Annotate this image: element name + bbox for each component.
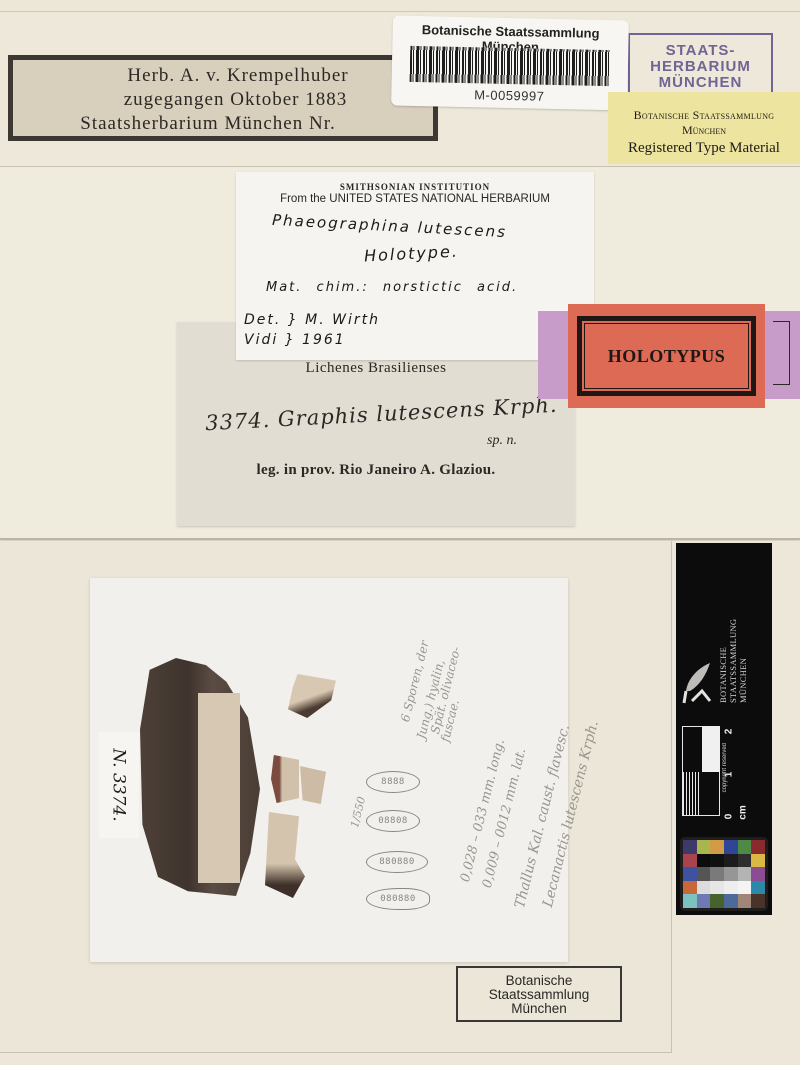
- annotation-taxon: Phaeographina lutescens: [272, 211, 508, 241]
- scale-unit: cm: [738, 805, 749, 819]
- handwritten-taxon: 3374. Graphis lutescens Krph.: [205, 393, 558, 435]
- color-patch: [710, 840, 724, 854]
- registered-type-material-label: Botanische Staatssammlung München Regist…: [608, 92, 800, 164]
- specimen-number: N. 3374.: [109, 748, 129, 821]
- color-patch: [710, 881, 724, 895]
- barcode-number: M-0059997: [391, 86, 627, 106]
- logo-line-3: MÜNCHEN: [738, 658, 748, 703]
- color-patch: [683, 840, 697, 854]
- color-patch: [697, 894, 711, 908]
- krempelhuber-label: Herb. A. v. Krempelhuber zugegangen Okto…: [8, 55, 438, 141]
- annotation-chemistry: Mat. chim.: norstictic acid.: [266, 280, 518, 295]
- holotypus-frame: HOLOTYPUS: [577, 316, 756, 396]
- annotation-year: Vidi } 1961: [244, 332, 346, 348]
- bark-fragment-2: [271, 755, 299, 803]
- type-label-line-3: Registered Type Material: [608, 140, 800, 157]
- color-patch: [751, 840, 765, 854]
- barcode-label: Botanische Staatssammlung München M-0059…: [391, 16, 629, 111]
- collector-line: leg. in prov. Rio Janeiro A. Glaziou.: [177, 462, 575, 479]
- specimen-number-slip: N. 3374.: [99, 732, 139, 838]
- national-herbarium-header: From the UNITED STATES NATIONAL HERBARIU…: [236, 193, 594, 205]
- color-patch: [683, 867, 697, 881]
- color-patch: [738, 854, 752, 868]
- bsm-stamp-line-1: Botanische: [458, 974, 620, 988]
- stamp-line-1: STAATS-: [630, 43, 771, 59]
- type-label-line-2: München: [608, 123, 800, 138]
- color-patch: [738, 840, 752, 854]
- scale-tick-0: 0: [723, 814, 734, 820]
- color-patch: [724, 867, 738, 881]
- scale-bar-white-segment: [702, 726, 720, 772]
- color-patch: [751, 854, 765, 868]
- color-patch: [683, 894, 697, 908]
- scale-and-color-card: BOTANISCHE STAATSSAMMLUNG MÜNCHEN 2 1 0 …: [676, 543, 772, 915]
- bsm-stamp: Botanische Staatssammlung München: [456, 966, 622, 1022]
- logo-line-2: STAATSSAMMLUNG: [728, 619, 738, 703]
- color-patch: [724, 881, 738, 895]
- annotation-status: Holotype.: [364, 242, 460, 266]
- folder-top-edge: [0, 0, 800, 12]
- stamp-line-2: HERBARIUM: [630, 59, 771, 75]
- color-patch: [683, 854, 697, 868]
- spore-drawing-1: 8888: [366, 771, 420, 793]
- scale-tick-2: 2: [723, 729, 734, 735]
- color-patch: [738, 867, 752, 881]
- bsm-leaf-logo-icon: [682, 661, 712, 705]
- color-patch: [710, 867, 724, 881]
- smithsonian-header: SMITHSONIAN INSTITUTION: [236, 182, 594, 192]
- sp-nov-note: sp. n.: [487, 433, 517, 449]
- spore-drawing-3: 880880: [366, 851, 428, 873]
- color-patch: [724, 840, 738, 854]
- color-patch: [751, 894, 765, 908]
- color-calibration-chart: [680, 837, 768, 911]
- color-patch: [697, 867, 711, 881]
- holotypus-text: HOLOTYPUS: [584, 323, 749, 389]
- lichen-thallus-crust: [198, 693, 240, 883]
- barcode-icon: [410, 46, 611, 86]
- color-patch: [710, 894, 724, 908]
- label-title: Lichenes Brasilienses: [177, 360, 575, 377]
- bsm-logo-text: BOTANISCHE STAATSSAMMLUNG MÜNCHEN: [718, 563, 748, 703]
- color-patch: [738, 881, 752, 895]
- color-patch: [738, 894, 752, 908]
- type-label-line-1: Botanische Staatssammlung: [608, 108, 800, 123]
- krempelhuber-line-2: zugegangen Oktober 1883: [38, 89, 433, 111]
- color-patch: [724, 894, 738, 908]
- color-patch: [724, 854, 738, 868]
- krempelhuber-line-3: Staatsherbarium München Nr.: [0, 113, 433, 135]
- color-patch: [710, 854, 724, 868]
- annotation-determiner: Det. } M. Wirth: [244, 312, 380, 328]
- spore-drawing-4: 080880: [366, 888, 430, 910]
- color-patch: [697, 881, 711, 895]
- scale-bar-mm-ticks: [683, 772, 701, 815]
- logo-line-1: BOTANISCHE: [718, 647, 728, 703]
- stamp-line-3: MÜNCHEN: [630, 75, 771, 91]
- spore-drawing-2: 08808: [366, 810, 420, 832]
- copyright-note: copyright reserved: [722, 743, 728, 792]
- krempelhuber-line-1: Herb. A. v. Krempelhuber: [43, 65, 433, 87]
- color-patch: [751, 881, 765, 895]
- color-patch: [697, 840, 711, 854]
- color-patch: [751, 867, 765, 881]
- color-patch: [697, 854, 711, 868]
- holotypus-label: HOLOTYPUS: [568, 304, 765, 408]
- bsm-stamp-line-3: München: [458, 1002, 620, 1016]
- color-patch: [683, 881, 697, 895]
- bsm-stamp-line-2: Staatssammlung: [458, 988, 620, 1002]
